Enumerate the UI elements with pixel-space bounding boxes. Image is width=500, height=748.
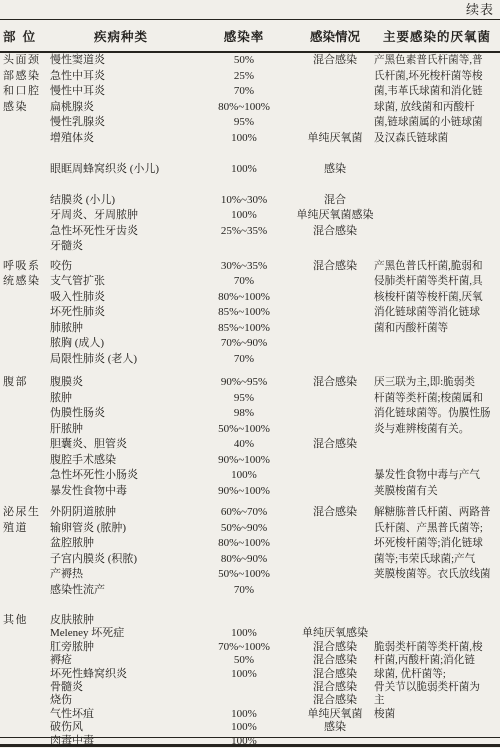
cell-disease: 输卵管炎 (脓肿) — [50, 521, 192, 537]
cell-part — [0, 552, 50, 568]
table-row: 结膜炎 (小儿)10%~30%混合 — [0, 193, 500, 209]
cell-part — [0, 391, 50, 407]
cell-part — [0, 406, 50, 422]
cell-status — [296, 69, 374, 85]
table-row: 骨髓炎混合感染骨关节以脆弱类杆菌为 — [0, 681, 500, 694]
cell-status — [296, 239, 374, 255]
cell-bacteria: 荚膜梭菌等。衣氏放线菌 — [374, 567, 500, 583]
cell-bacteria: 核梭杆菌等梭杆菌,厌氧 — [374, 290, 500, 306]
cell-disease: 支气管扩张 — [50, 274, 192, 290]
cell-disease: 褥疮 — [50, 654, 192, 667]
cell-disease: 慢性乳腺炎 — [50, 115, 192, 131]
cell-status — [296, 146, 374, 162]
cell-bacteria: 菌和丙酸杆菌等 — [374, 321, 500, 337]
table-row: 牙周炎、牙周脓肿100%单纯厌氧菌感染 — [0, 208, 500, 224]
cell-rate: 50%~100% — [192, 422, 296, 438]
table-row: 胆囊炎、胆管炎40%混合感染 — [0, 437, 500, 453]
cell-part — [0, 146, 50, 162]
cell-part — [0, 627, 50, 640]
cell-disease — [50, 177, 192, 193]
cell-status — [296, 84, 374, 100]
table-row: 烧伤混合感染主 — [0, 694, 500, 707]
cell-status: 混合感染 — [296, 668, 374, 681]
table-row — [0, 177, 500, 193]
cell-disease: 脓胸 (成人) — [50, 336, 192, 352]
cell-status — [296, 274, 374, 290]
table-row: 统感染支气管扩张70%侵肺类杆菌等类杆菌,具 — [0, 274, 500, 290]
cell-status — [296, 115, 374, 131]
cell-rate: 70%~100% — [192, 641, 296, 654]
cell-rate: 90%~100% — [192, 453, 296, 469]
cell-bacteria — [374, 453, 500, 469]
cell-part — [0, 694, 50, 707]
table-body: 头面颈慢性窦道炎50%混合感染产黑色素普氏杆菌等,普部感染急性中耳炎25%氏杆菌… — [0, 53, 500, 748]
cell-disease: 咬伤 — [50, 259, 192, 275]
cell-disease: 坏死性蜂窝织炎 — [50, 668, 192, 681]
cell-disease — [50, 146, 192, 162]
cell-disease: 肺脓肿 — [50, 321, 192, 337]
cell-part: 其他 — [0, 614, 50, 627]
cell-disease: 产褥热 — [50, 567, 192, 583]
table-row: 腹腔手术感染90%~100% — [0, 453, 500, 469]
cell-part — [0, 115, 50, 131]
cell-bacteria: 产黑色素普氏杆菌等,普 — [374, 53, 500, 69]
cell-disease: 吸入性肺炎 — [50, 290, 192, 306]
cell-status: 单纯厌氧菌 — [296, 708, 374, 721]
cell-part: 统感染 — [0, 274, 50, 290]
cell-part — [0, 708, 50, 721]
cell-part — [0, 336, 50, 352]
cell-bacteria: 氏杆菌,坏死梭杆菌等梭 — [374, 69, 500, 85]
cell-bacteria — [374, 177, 500, 193]
cell-bacteria — [374, 352, 500, 368]
cell-part — [0, 437, 50, 453]
cell-bacteria — [374, 583, 500, 599]
cell-status: 感染 — [296, 162, 374, 178]
cell-rate: 100% — [192, 131, 296, 147]
cell-disease: 牙髓炎 — [50, 239, 192, 255]
section-respiratory-system-infections: 呼吸系咬伤30%~35%混合感染产黑色普氏杆菌,脆弱和统感染支气管扩张70%侵肺… — [0, 259, 500, 368]
cell-status — [296, 552, 374, 568]
cell-part — [0, 453, 50, 469]
cell-rate: 100% — [192, 468, 296, 484]
table-row: 感染性流产70% — [0, 583, 500, 599]
cell-status — [296, 336, 374, 352]
table-row: 坏死性蜂窝织炎100%混合感染球菌, 优杆菌等; — [0, 668, 500, 681]
cell-rate: 50%~90% — [192, 521, 296, 537]
cell-part — [0, 305, 50, 321]
cell-part: 殖道 — [0, 521, 50, 537]
cell-bacteria — [374, 146, 500, 162]
cell-bacteria: 消化链球菌等。伪膜性肠 — [374, 406, 500, 422]
cell-status — [296, 567, 374, 583]
cell-rate: 70% — [192, 352, 296, 368]
cell-rate: 100% — [192, 208, 296, 224]
cell-rate: 40% — [192, 437, 296, 453]
table-row: 子宫内膜炎 (积脓)80%~90%菌等;韦荣氏球菌;产气 — [0, 552, 500, 568]
cell-bacteria — [374, 193, 500, 209]
cell-part — [0, 583, 50, 599]
section-abdomen: 腹部腹膜炎90%~95%混合感染厌三联为主,即:脆弱类脓肿95%杆菌等类杆菌;梭… — [0, 375, 500, 499]
cell-rate: 85%~100% — [192, 305, 296, 321]
cell-part — [0, 208, 50, 224]
cell-rate — [192, 146, 296, 162]
cell-rate: 25% — [192, 69, 296, 85]
cell-part — [0, 177, 50, 193]
cell-status: 混合感染 — [296, 53, 374, 69]
table-row: 肺脓肿85%~100%菌和丙酸杆菌等 — [0, 321, 500, 337]
cell-rate: 25%~35% — [192, 224, 296, 240]
cell-bacteria: 骨关节以脆弱类杆菌为 — [374, 681, 500, 694]
table-row: 牙髓炎 — [0, 239, 500, 255]
cell-part — [0, 536, 50, 552]
table-row: 增殖体炎100%单纯厌氧菌及汉森氏链球菌 — [0, 131, 500, 147]
table-row: 暴发性食物中毒90%~100%荚膜梭菌有关 — [0, 484, 500, 500]
cell-part — [0, 668, 50, 681]
cell-disease: 结膜炎 (小儿) — [50, 193, 192, 209]
cell-status: 混合 — [296, 193, 374, 209]
cell-status — [296, 468, 374, 484]
cell-disease: 盆腔脓肿 — [50, 536, 192, 552]
cell-status — [296, 422, 374, 438]
cell-rate: 70%~90% — [192, 336, 296, 352]
column-header-disease: 疾病种类 — [50, 27, 192, 45]
cell-disease: 感染性流产 — [50, 583, 192, 599]
table-row: 坏死性肺炎85%~100%消化链球菌等消化链球 — [0, 305, 500, 321]
table-row: 破伤风100%感染 — [0, 721, 500, 734]
cell-part — [0, 422, 50, 438]
table-header-row: 部 位 疾病种类 感染率 感染情况 主要感染的厌氧菌 — [0, 20, 500, 51]
cell-status — [296, 536, 374, 552]
cell-part — [0, 352, 50, 368]
cell-disease: 急性坏死性牙齿炎 — [50, 224, 192, 240]
cell-rate: 70% — [192, 274, 296, 290]
cell-rate: 30%~35% — [192, 259, 296, 275]
table-row: 脓肿95%杆菌等类杆菌;梭菌属和 — [0, 391, 500, 407]
cell-part — [0, 654, 50, 667]
cell-disease: 烧伤 — [50, 694, 192, 707]
cell-status: 单纯厌氧感染 — [296, 627, 374, 640]
cell-status — [296, 290, 374, 306]
cell-status — [296, 521, 374, 537]
cell-bacteria: 梭菌 — [374, 708, 500, 721]
cell-bacteria — [374, 614, 500, 627]
cell-rate — [192, 177, 296, 193]
column-header-part: 部 位 — [0, 27, 50, 45]
cell-disease: 眼眶周蜂窝织炎 (小儿) — [50, 162, 192, 178]
cell-rate: 100% — [192, 162, 296, 178]
column-header-status: 感染情况 — [296, 27, 374, 45]
cell-disease: 暴发性食物中毒 — [50, 484, 192, 500]
cell-rate: 90%~95% — [192, 375, 296, 391]
cell-part: 腹部 — [0, 375, 50, 391]
cell-rate: 100% — [192, 668, 296, 681]
cell-rate: 50% — [192, 654, 296, 667]
cell-rate: 10%~30% — [192, 193, 296, 209]
cell-rate: 95% — [192, 391, 296, 407]
section-urogenital-tract: 泌尿生外阴阴道脓肿60%~70%混合感染解糖胨普氏杆菌、两路普殖道输卵管炎 (脓… — [0, 505, 500, 598]
cell-part — [0, 681, 50, 694]
cell-status: 感染 — [296, 721, 374, 734]
table-row: 产褥热50%~100%荚膜梭菌等。衣氏放线菌 — [0, 567, 500, 583]
cell-status — [296, 321, 374, 337]
cell-part — [0, 290, 50, 306]
cell-status: 混合感染 — [296, 437, 374, 453]
cell-disease: 破伤风 — [50, 721, 192, 734]
cell-rate: 80%~100% — [192, 100, 296, 116]
cell-status: 混合感染 — [296, 224, 374, 240]
cell-part — [0, 484, 50, 500]
cell-bacteria: 暴发性食物中毒与产气 — [374, 468, 500, 484]
cell-part: 头面颈 — [0, 53, 50, 69]
cell-bacteria: 菌,链球菌属的小链球菌 — [374, 115, 500, 131]
cell-part — [0, 193, 50, 209]
cell-rate: 50% — [192, 53, 296, 69]
cell-part: 部感染 — [0, 69, 50, 85]
cell-status: 混合感染 — [296, 681, 374, 694]
cell-status: 混合感染 — [296, 505, 374, 521]
cell-status — [296, 406, 374, 422]
cell-rate: 95% — [192, 115, 296, 131]
scanned-table-page: 续表 部 位 疾病种类 感染率 感染情况 主要感染的厌氧菌 头面颈慢性窦道炎50… — [0, 0, 500, 748]
cell-rate: 85%~100% — [192, 321, 296, 337]
table-row: 部感染急性中耳炎25%氏杆菌,坏死梭杆菌等梭 — [0, 69, 500, 85]
table-row: 腹部腹膜炎90%~95%混合感染厌三联为主,即:脆弱类 — [0, 375, 500, 391]
cell-rate: 70% — [192, 583, 296, 599]
cell-part: 泌尿生 — [0, 505, 50, 521]
table-row: 气性坏疽100%单纯厌氧菌梭菌 — [0, 708, 500, 721]
table-row: 其他皮肤脓肿 — [0, 614, 500, 627]
cell-rate: 100% — [192, 721, 296, 734]
cell-rate: 60%~70% — [192, 505, 296, 521]
cell-disease: 脓肿 — [50, 391, 192, 407]
cell-status — [296, 453, 374, 469]
cell-bacteria: 炎与难辨梭菌有关。 — [374, 422, 500, 438]
cell-part — [0, 641, 50, 654]
cell-disease: 胆囊炎、胆管炎 — [50, 437, 192, 453]
section-head-face-neck-and-oral-infections: 头面颈慢性窦道炎50%混合感染产黑色素普氏杆菌等,普部感染急性中耳炎25%氏杆菌… — [0, 53, 500, 255]
cell-part: 和口腔 — [0, 84, 50, 100]
cell-bacteria: 球菌, 放线菌和丙酸杆 — [374, 100, 500, 116]
cell-status — [296, 305, 374, 321]
table-row: 泌尿生外阴阴道脓肿60%~70%混合感染解糖胨普氏杆菌、两路普 — [0, 505, 500, 521]
cell-bacteria — [374, 224, 500, 240]
cell-bacteria: 氏杆菌、产黑普氏菌等; — [374, 521, 500, 537]
cell-bacteria: 菌,韦革氏球菌和消化链 — [374, 84, 500, 100]
cell-disease: 扁桃腺炎 — [50, 100, 192, 116]
table-row: 头面颈慢性窦道炎50%混合感染产黑色素普氏杆菌等,普 — [0, 53, 500, 69]
cell-status — [296, 177, 374, 193]
cell-bacteria — [374, 208, 500, 224]
table-row: 肝脓肿50%~100%炎与难辨梭菌有关。 — [0, 422, 500, 438]
table-row: 和口腔慢性中耳炎70%菌,韦革氏球菌和消化链 — [0, 84, 500, 100]
cell-rate — [192, 614, 296, 627]
table-row: 呼吸系咬伤30%~35%混合感染产黑色普氏杆菌,脆弱和 — [0, 259, 500, 275]
table-row: 慢性乳腺炎95%菌,链球菌属的小链球菌 — [0, 115, 500, 131]
cell-bacteria: 主 — [374, 694, 500, 707]
cell-disease: 急性中耳炎 — [50, 69, 192, 85]
table-row — [0, 146, 500, 162]
cell-status: 混合感染 — [296, 259, 374, 275]
cell-part — [0, 721, 50, 734]
cell-bacteria: 产黑色普氏杆菌,脆弱和 — [374, 259, 500, 275]
table-row: 感染扁桃腺炎80%~100%球菌, 放线菌和丙酸杆 — [0, 100, 500, 116]
cell-disease: 慢性中耳炎 — [50, 84, 192, 100]
table-row: 急性坏死性牙齿炎25%~35%混合感染 — [0, 224, 500, 240]
cell-rate: 80%~90% — [192, 552, 296, 568]
cell-rate: 100% — [192, 708, 296, 721]
cell-disease: 子宫内膜炎 (积脓) — [50, 552, 192, 568]
cell-status: 单纯厌氧菌感染 — [296, 208, 374, 224]
cell-disease: 增殖体炎 — [50, 131, 192, 147]
table-row: 急性坏死性小肠炎100%暴发性食物中毒与产气 — [0, 468, 500, 484]
cell-status: 混合感染 — [296, 375, 374, 391]
cell-status — [296, 391, 374, 407]
cell-bacteria: 球菌, 优杆菌等; — [374, 668, 500, 681]
cell-bacteria — [374, 239, 500, 255]
cell-disease: 腹膜炎 — [50, 375, 192, 391]
table-row: 眼眶周蜂窝织炎 (小儿)100%感染 — [0, 162, 500, 178]
cell-part — [0, 224, 50, 240]
cell-disease: 气性坏疽 — [50, 708, 192, 721]
cell-rate: 98% — [192, 406, 296, 422]
cell-part — [0, 131, 50, 147]
cell-bacteria: 脆弱类杆菌等类杆菌,梭 — [374, 641, 500, 654]
continuation-table-label: 续表 — [0, 0, 500, 19]
cell-status — [296, 583, 374, 599]
cell-bacteria: 侵肺类杆菌等类杆菌,具 — [374, 274, 500, 290]
cell-rate — [192, 681, 296, 694]
cell-disease: 局限性肺炎 (老人) — [50, 352, 192, 368]
cell-disease: 慢性窦道炎 — [50, 53, 192, 69]
cell-status: 混合感染 — [296, 694, 374, 707]
cell-status — [296, 484, 374, 500]
cell-rate — [192, 694, 296, 707]
cell-disease: 腹腔手术感染 — [50, 453, 192, 469]
table-row: Meleney 坏死症100%单纯厌氧感染 — [0, 627, 500, 640]
column-header-bacteria: 主要感染的厌氧菌 — [374, 27, 500, 45]
cell-disease: 肛旁脓肿 — [50, 641, 192, 654]
cell-disease: 肝脓肿 — [50, 422, 192, 438]
table-row: 褥疮50%混合感染杆菌,丙酸杆菌;消化链 — [0, 654, 500, 667]
cell-status — [296, 352, 374, 368]
table-row: 盆腔脓肿80%~100%坏死梭杆菌等;消化链球 — [0, 536, 500, 552]
cell-disease: 急性坏死性小肠炎 — [50, 468, 192, 484]
cell-status: 混合感染 — [296, 654, 374, 667]
cell-part — [0, 239, 50, 255]
cell-bacteria: 菌等;韦荣氏球菌;产气 — [374, 552, 500, 568]
cell-disease: 外阴阴道脓肿 — [50, 505, 192, 521]
cell-rate: 50%~100% — [192, 567, 296, 583]
cell-bacteria: 及汉森氏链球菌 — [374, 131, 500, 147]
cell-bacteria: 解糖胨普氏杆菌、两路普 — [374, 505, 500, 521]
cell-bacteria: 消化链球菌等消化链球 — [374, 305, 500, 321]
table-row: 脓胸 (成人)70%~90% — [0, 336, 500, 352]
cell-part — [0, 567, 50, 583]
cell-part: 感染 — [0, 100, 50, 116]
cell-rate: 70% — [192, 84, 296, 100]
cell-bacteria: 厌三联为主,即:脆弱类 — [374, 375, 500, 391]
cell-rate: 80%~100% — [192, 290, 296, 306]
cell-part — [0, 468, 50, 484]
cell-rate: 90%~100% — [192, 484, 296, 500]
cell-disease: 骨髓炎 — [50, 681, 192, 694]
cell-bacteria — [374, 162, 500, 178]
cell-part — [0, 162, 50, 178]
cell-bacteria: 荚膜梭菌有关 — [374, 484, 500, 500]
cell-status — [296, 614, 374, 627]
cell-bacteria: 杆菌,丙酸杆菌;消化链 — [374, 654, 500, 667]
table-row: 吸入性肺炎80%~100%核梭杆菌等梭杆菌,厌氧 — [0, 290, 500, 306]
cell-bacteria: 杆菌等类杆菌;梭菌属和 — [374, 391, 500, 407]
table-row: 局限性肺炎 (老人)70% — [0, 352, 500, 368]
cell-rate: 80%~100% — [192, 536, 296, 552]
cell-part: 呼吸系 — [0, 259, 50, 275]
cell-bacteria: 坏死梭杆菌等;消化链球 — [374, 536, 500, 552]
cell-disease: 牙周炎、牙周脓肿 — [50, 208, 192, 224]
cell-status: 混合感染 — [296, 641, 374, 654]
cell-bacteria — [374, 336, 500, 352]
section-other: 其他皮肤脓肿Meleney 坏死症100%单纯厌氧感染肛旁脓肿70%~100%混… — [0, 614, 500, 748]
bottom-rule — [0, 737, 500, 747]
cell-bacteria — [374, 721, 500, 734]
table-row: 殖道输卵管炎 (脓肿)50%~90%氏杆菌、产黑普氏菌等; — [0, 521, 500, 537]
cell-rate: 100% — [192, 627, 296, 640]
cell-disease: 伪膜性肠炎 — [50, 406, 192, 422]
cell-status: 单纯厌氧菌 — [296, 131, 374, 147]
cell-disease: Meleney 坏死症 — [50, 627, 192, 640]
cell-status — [296, 100, 374, 116]
cell-disease: 坏死性肺炎 — [50, 305, 192, 321]
cell-part — [0, 321, 50, 337]
table-row: 肛旁脓肿70%~100%混合感染脆弱类杆菌等类杆菌,梭 — [0, 641, 500, 654]
cell-rate — [192, 239, 296, 255]
table-row: 伪膜性肠炎98%消化链球菌等。伪膜性肠 — [0, 406, 500, 422]
column-header-rate: 感染率 — [192, 27, 296, 45]
cell-bacteria — [374, 437, 500, 453]
cell-disease: 皮肤脓肿 — [50, 614, 192, 627]
cell-bacteria — [374, 627, 500, 640]
